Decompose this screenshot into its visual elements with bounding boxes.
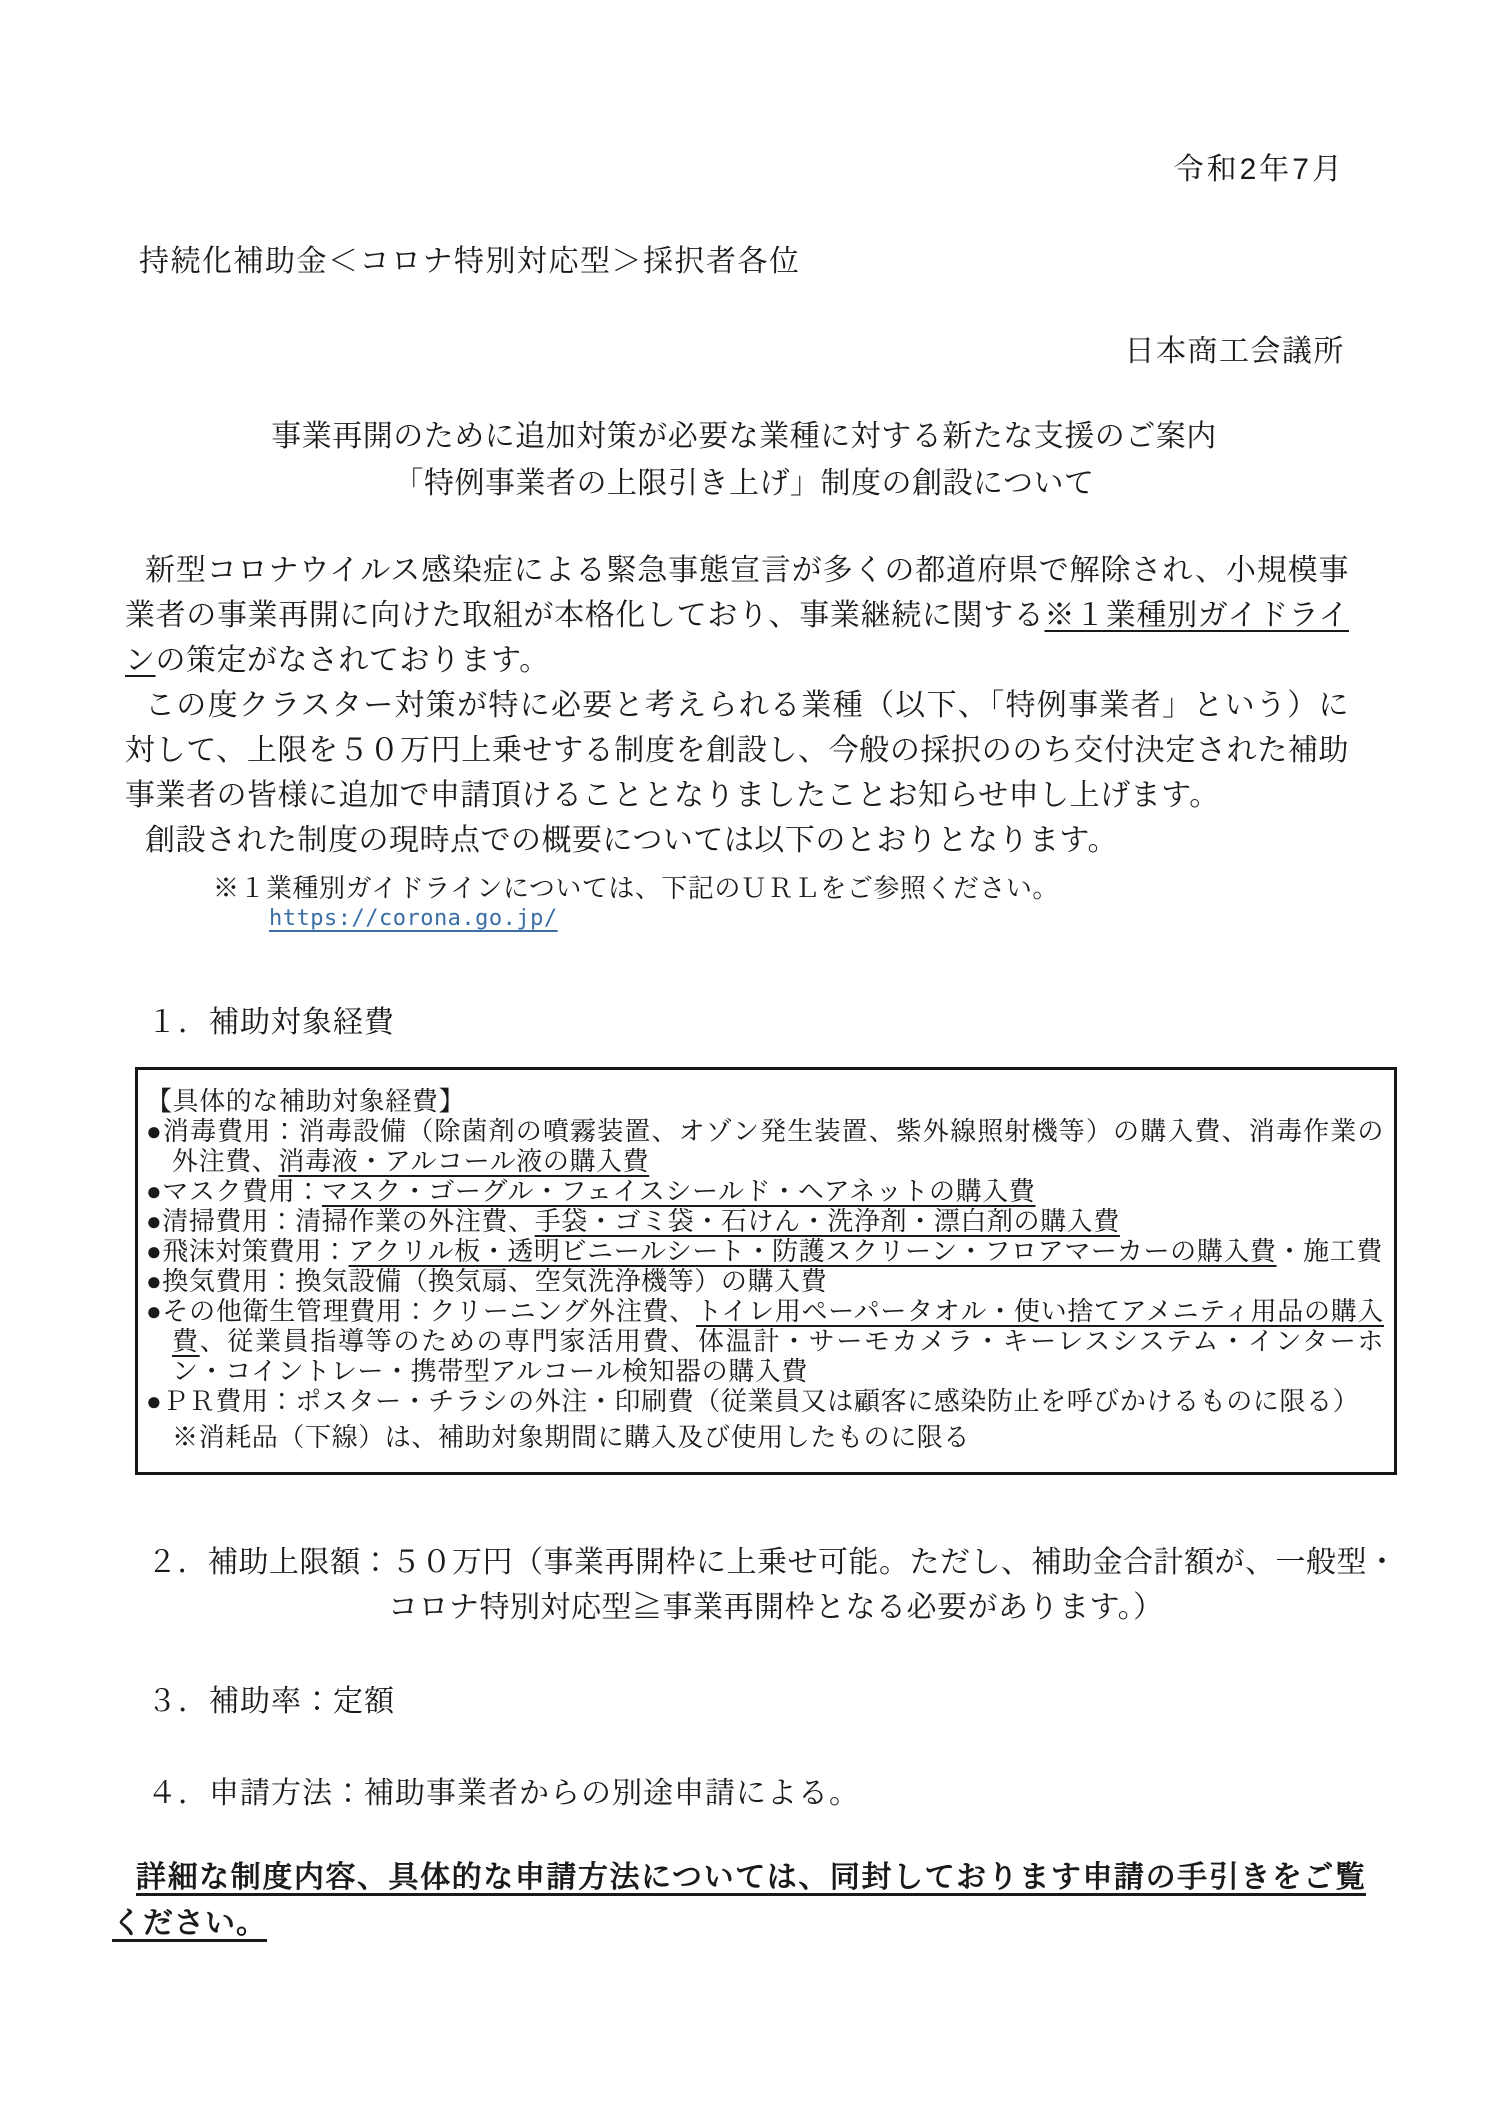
corona-go-jp-link[interactable]: https://corona.go.jp/ bbox=[269, 906, 558, 931]
plain-text: ●ＰＲ費用：ポスター・チラシの外注・印刷費（従業員又は顧客に感染防止を呼びかける… bbox=[146, 1386, 1359, 1416]
expense-item-ventilation: ●換気費用：換気設備（換気扇、空気洗浄機等）の購入費 bbox=[146, 1266, 1384, 1296]
guideline-reference-note: ※１業種別ガイドラインについては、下記のＵＲＬをご参照ください。 bbox=[213, 868, 1059, 905]
addressee-line: 持続化補助金＜コロナ特別対応型＞採択者各位 bbox=[139, 236, 801, 280]
plain-text: この度クラスター対策が特に必要と考えられる業種（以下、「特例事業者」という）に対… bbox=[125, 689, 1349, 812]
section-2: ２．補助上限額：５０万円（事業再開枠に上乗せ可能。ただし、補助金合計額が、一般型… bbox=[125, 1540, 1385, 1630]
document-title-line1: 事業再開のために追加対策が必要な業種に対する新たな支援のご案内 bbox=[0, 411, 1488, 455]
section-4-heading: ４．申請方法：補助事業者からの別途申請による。 bbox=[147, 1768, 860, 1812]
section-2-heading-line1: ２．補助上限額：５０万円（事業再開枠に上乗せ可能。ただし、補助金合計額が、一般型… bbox=[147, 1540, 1385, 1585]
section-1-heading: １．補助対象経費 bbox=[147, 997, 395, 1041]
expense-item-mask: ●マスク費用：マスク・ゴーグル・フェイスシールド・ヘアネットの購入費 bbox=[146, 1176, 1384, 1206]
plain-text: の策定がなされております。 bbox=[156, 644, 550, 677]
underlined-consumable-text: 手袋・ゴミ袋・石けん・洗浄剤・漂白剤の購入費 bbox=[535, 1206, 1120, 1236]
issuer-organization: 日本商工会議所 bbox=[1125, 326, 1346, 370]
plain-text: ●マスク費用： bbox=[146, 1176, 322, 1206]
plain-text: ●飛沫対策費用： bbox=[146, 1236, 349, 1266]
section-3-heading: ３．補助率：定額 bbox=[147, 1676, 395, 1720]
plain-text: ●換気費用：換気設備（換気扇、空気洗浄機等）の購入費 bbox=[146, 1266, 827, 1296]
eligible-expenses-box: 【具体的な補助対象経費】 ●消毒費用：消毒設備（除菌剤の噴霧装置、オゾン発生装置… bbox=[135, 1067, 1397, 1475]
expense-item-hygiene-management: ●その他衛生管理費用：クリーニング外注費、トイレ用ペーパータオル・使い捨てアメニ… bbox=[146, 1296, 1384, 1386]
document-date: 令和2年7月 bbox=[1174, 144, 1345, 188]
closing-instruction-text: 詳細な制度内容、具体的な申請方法については、同封しております申請の手引きをご覧く… bbox=[112, 1861, 1366, 1940]
body-paragraphs: 新型コロナウイルス感染症による緊急事態宣言が多くの都道府県で解除され、小規模事業… bbox=[125, 548, 1349, 863]
url-line: https://corona.go.jp/ bbox=[269, 906, 558, 931]
expenses-box-title: 【具体的な補助対象経費】 bbox=[146, 1086, 1384, 1116]
expense-item-disinfection: ●消毒費用：消毒設備（除菌剤の噴霧装置、オゾン発生装置、紫外線照射機等）の購入費… bbox=[146, 1116, 1384, 1176]
plain-text: 創設された制度の現時点での概要については以下のとおりとなります。 bbox=[145, 824, 1118, 857]
closing-instruction: 詳細な制度内容、具体的な申請方法については、同封しております申請の手引きをご覧く… bbox=[112, 1855, 1366, 1947]
plain-text: ●清掃費用：清掃作業の外注費、 bbox=[146, 1206, 535, 1236]
paragraph-overview: 創設された制度の現時点での概要については以下のとおりとなります。 bbox=[125, 818, 1349, 863]
underlined-consumable-text: アクリル板・透明ビニールシート・防護スクリーン・フロアマーカーの購入費 bbox=[349, 1236, 1277, 1266]
document-page: 令和2年7月 持続化補助金＜コロナ特別対応型＞採択者各位 日本商工会議所 事業再… bbox=[0, 0, 1488, 2104]
plain-text: ・施工費 bbox=[1277, 1236, 1383, 1266]
underlined-consumable-text: 消毒液・アルコール液の購入費 bbox=[278, 1146, 649, 1176]
document-title-line2: 「特例事業者の上限引き上げ」制度の創設について bbox=[0, 458, 1488, 502]
expense-item-cleaning: ●清掃費用：清掃作業の外注費、手袋・ゴミ袋・石けん・洗浄剤・漂白剤の購入費 bbox=[146, 1206, 1384, 1236]
underlined-consumable-text: マスク・ゴーグル・フェイスシールド・ヘアネットの購入費 bbox=[322, 1176, 1036, 1206]
consumables-note: ※消耗品（下線）は、補助対象期間に購入及び使用したものに限る bbox=[146, 1422, 1384, 1452]
plain-text: ●その他衛生管理費用：クリーニング外注費、 bbox=[146, 1296, 696, 1326]
expense-item-droplet-prevention: ●飛沫対策費用：アクリル板・透明ビニールシート・防護スクリーン・フロアマーカーの… bbox=[146, 1236, 1384, 1266]
paragraph-intro: 新型コロナウイルス感染症による緊急事態宣言が多くの都道府県で解除され、小規模事業… bbox=[125, 548, 1349, 683]
plain-text: 、従業員指導等のための専門家活用費、体温計・サーモカメラ・キーレスシステム・イン… bbox=[172, 1326, 1384, 1386]
section-2-heading-line2: コロナ特別対応型≧事業再開枠となる必要があります。） bbox=[388, 1585, 1385, 1630]
paragraph-scheme: この度クラスター対策が特に必要と考えられる業種（以下、「特例事業者」という）に対… bbox=[125, 683, 1349, 818]
expense-item-pr: ●ＰＲ費用：ポスター・チラシの外注・印刷費（従業員又は顧客に感染防止を呼びかける… bbox=[146, 1386, 1384, 1416]
